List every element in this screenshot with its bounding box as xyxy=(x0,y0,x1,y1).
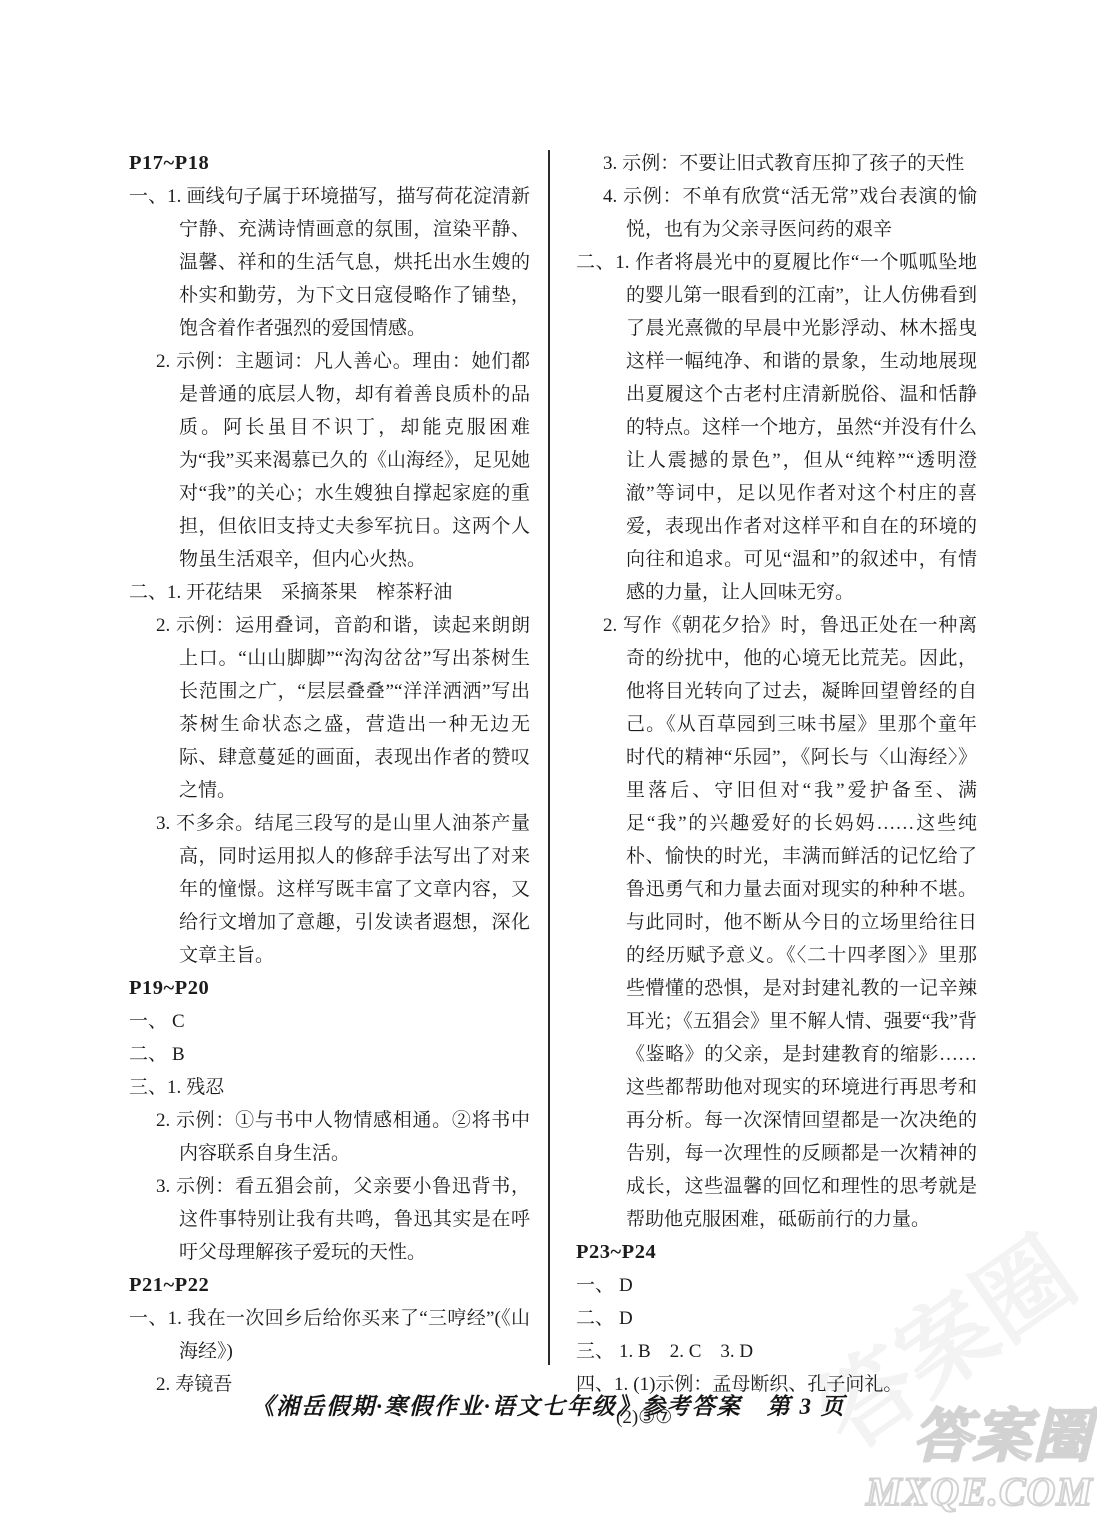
answer-text: 示例：运用叠词，音韵和谐，读起来朗朗上口。“山山脚脚”“沟沟岔岔”写出茶树生长范… xyxy=(175,615,530,801)
answer-text: 1. B 2. C 3. D xyxy=(619,1341,753,1362)
answer-number: 三、1. xyxy=(129,1077,186,1098)
answer-number: 4. xyxy=(603,186,622,207)
right-column: 3.示例：不要让旧式教育压抑了孩子的天性4.示例：不单有欣赏“活无常”戏台表演的… xyxy=(576,147,977,1434)
answer-number: 2. xyxy=(156,1110,175,1131)
answer-text: 示例：看五猖会前，父亲要小鲁迅背书，这件事特别让我有共鸣，鲁迅其实是在呼吁父母理… xyxy=(175,1176,530,1263)
answer-text: 示例：不单有欣赏“活无常”戏台表演的愉悦，也有为父亲寻医问药的艰辛 xyxy=(622,186,977,240)
answer-number: 一、1. xyxy=(129,186,186,207)
answer-item: 2.示例：主题词：凡人善心。理由：她们都是普通的底层人物，却有着善良质朴的品质。… xyxy=(129,345,530,576)
answer-text: 作者将晨光中的夏履比作“一个呱呱坠地的婴儿第一眼看到的江南”，让人仿佛看到了晨光… xyxy=(626,252,977,603)
answer-item: 3.示例：看五猖会前，父亲要小鲁迅背书，这件事特别让我有共鸣，鲁迅其实是在呼吁父… xyxy=(129,1170,530,1269)
answer-item: 二、1.开花结果 采摘茶果 榨茶籽油 xyxy=(129,576,530,609)
answer-text: 残忍 xyxy=(186,1077,224,1098)
answer-number: 二、 xyxy=(576,1308,619,1329)
answer-item: 二、1.作者将晨光中的夏履比作“一个呱呱坠地的婴儿第一眼看到的江南”，让人仿佛看… xyxy=(576,246,977,609)
answer-item: 一、1.画线句子属于环境描写，描写荷花淀清新宁静、充满诗情画意的氛围，渲染平静、… xyxy=(129,180,530,345)
answer-number: 3. xyxy=(156,813,175,834)
answer-text: D xyxy=(619,1275,633,1296)
answer-number: 3. xyxy=(603,153,622,174)
watermark-logo-text: 答案圈 xyxy=(833,1408,1093,1466)
page-range-header: P23~P24 xyxy=(576,1236,977,1269)
answer-number: 二、1. xyxy=(576,252,634,273)
watermark-site-url: MXQE.COM xyxy=(833,1472,1093,1512)
page-range-header: P19~P20 xyxy=(129,972,530,1005)
answer-item: 一、C xyxy=(129,1005,530,1038)
answer-text: 示例：主题词：凡人善心。理由：她们都是普通的底层人物，却有着善良质朴的品质。阿长… xyxy=(175,351,530,570)
answer-number: 二、 xyxy=(129,1044,172,1065)
answer-item: 4.示例：不单有欣赏“活无常”戏台表演的愉悦，也有为父亲寻医问药的艰辛 xyxy=(576,180,977,246)
column-divider-line xyxy=(548,150,550,1365)
answer-text: 不多余。结尾三段写的是山里人油茶产量高，同时运用拟人的修辞手法写出了对来年的憧憬… xyxy=(175,813,530,966)
answer-text: 我在一次回乡后给你买来了“三哼经”(《山海经》) xyxy=(179,1308,530,1362)
answer-item: 三、1.残忍 xyxy=(129,1071,530,1104)
answer-text: 开花结果 采摘茶果 榨茶籽油 xyxy=(186,582,452,603)
site-watermark: 答案圈 MXQE.COM xyxy=(833,1408,1093,1512)
answer-item: 三、1. B 2. C 3. D xyxy=(576,1335,977,1368)
answer-number: 2. xyxy=(603,615,622,636)
answer-text: D xyxy=(619,1308,633,1329)
answer-number: 三、 xyxy=(576,1341,619,1362)
answer-text: 示例：不要让旧式教育压抑了孩子的天性 xyxy=(622,153,964,174)
answer-number: 一、 xyxy=(129,1011,172,1032)
answer-number: 2. xyxy=(156,615,175,636)
answer-text: 示例：①与书中人物情感相通。②将书中内容联系自身生活。 xyxy=(175,1110,530,1164)
answer-number: 二、1. xyxy=(129,582,186,603)
answer-item: 一、1.我在一次回乡后给你买来了“三哼经”(《山海经》) xyxy=(129,1302,530,1368)
answer-item: 2.示例：运用叠词，音韵和谐，读起来朗朗上口。“山山脚脚”“沟沟岔岔”写出茶树生… xyxy=(129,609,530,807)
answer-text: 画线句子属于环境描写，描写荷花淀清新宁静、充满诗情画意的氛围，渲染平静、温馨、祥… xyxy=(179,186,530,339)
page-range-header: P17~P18 xyxy=(129,147,530,180)
answer-text: B xyxy=(172,1044,185,1065)
answer-item: 3.不多余。结尾三段写的是山里人油茶产量高，同时运用拟人的修辞手法写出了对来年的… xyxy=(129,807,530,972)
page-range-text: P17~P18 xyxy=(129,152,209,174)
answer-item: 2.示例：①与书中人物情感相通。②将书中内容联系自身生活。 xyxy=(129,1104,530,1170)
answer-text: C xyxy=(172,1011,185,1032)
answer-item: 二、D xyxy=(576,1302,977,1335)
answer-number: 一、1. xyxy=(129,1308,187,1329)
answer-key-page: P17~P18一、1.画线句子属于环境描写，描写荷花淀清新宁静、充满诗情画意的氛… xyxy=(0,0,1097,1536)
page-range-text: P19~P20 xyxy=(129,977,209,999)
page-range-header: P21~P22 xyxy=(129,1269,530,1302)
answer-number: 一、 xyxy=(576,1275,619,1296)
answer-item: 二、B xyxy=(129,1038,530,1071)
page-range-text: P23~P24 xyxy=(576,1241,656,1263)
answer-item: 2.写作《朝花夕拾》时，鲁迅正处在一种离奇的纷扰中，他的心境无比荒芜。因此，他将… xyxy=(576,609,977,1236)
answer-text: 写作《朝花夕拾》时，鲁迅正处在一种离奇的纷扰中，他的心境无比荒芜。因此，他将目光… xyxy=(622,615,977,1230)
page-range-text: P21~P22 xyxy=(129,1274,209,1296)
left-column: P17~P18一、1.画线句子属于环境描写，描写荷花淀清新宁静、充满诗情画意的氛… xyxy=(129,147,530,1401)
answer-item: 一、D xyxy=(576,1269,977,1302)
answer-number: 3. xyxy=(156,1176,175,1197)
answer-number: 2. xyxy=(156,351,175,372)
answer-item: 3.示例：不要让旧式教育压抑了孩子的天性 xyxy=(576,147,977,180)
